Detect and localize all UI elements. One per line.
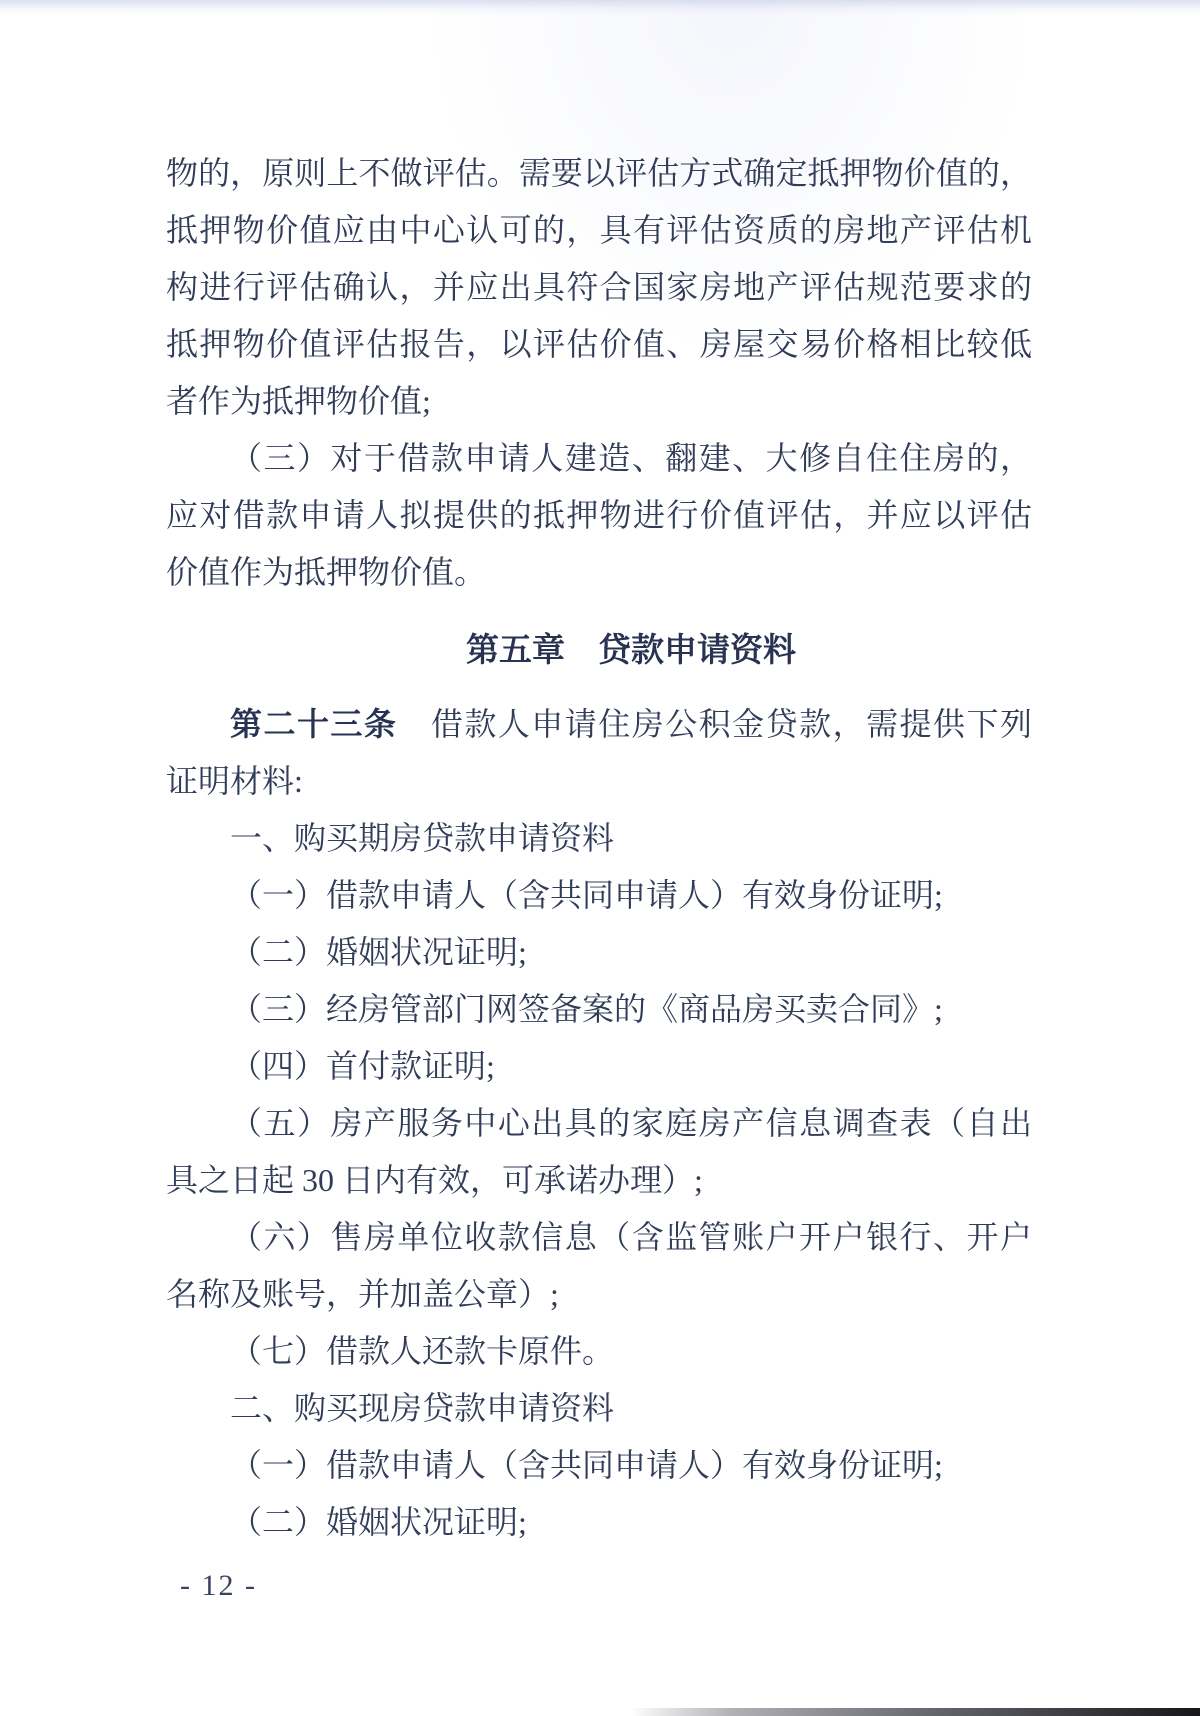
- text-line: 价值作为抵押物价值。: [166, 544, 1032, 601]
- text-segment: 物的，原则上不做评估。需要以评估方式确定抵押物价值的，: [166, 155, 1032, 191]
- text-line: （三）对于借款申请人建造、翻建、大修自住住房的，: [166, 430, 1032, 487]
- text-segment: （三）对于借款申请人建造、翻建、大修自住住房的，: [230, 440, 1032, 476]
- text-segment: 二、购买现房贷款申请资料: [230, 1390, 614, 1426]
- text-line: 具之日起 30 日内有效，可承诺办理）;: [166, 1152, 1032, 1209]
- text-line: （一）借款申请人（含共同申请人）有效身份证明;: [166, 867, 1032, 924]
- document-body: 物的，原则上不做评估。需要以评估方式确定抵押物价值的，抵押物价值应由中心认可的，…: [166, 145, 1032, 1551]
- text-line: （五）房产服务中心出具的家庭房产信息调查表（自出: [166, 1095, 1032, 1152]
- text-segment: （六）售房单位收款信息（含监管账户开户银行、开户: [230, 1219, 1032, 1255]
- text-line: 物的，原则上不做评估。需要以评估方式确定抵押物价值的，: [166, 145, 1032, 202]
- text-segment: 构进行评估确认，并应出具符合国家房地产评估规范要求的: [166, 269, 1032, 305]
- text-segment: 价值作为抵押物价值。: [166, 554, 486, 590]
- article-number-bold: 第二十三条: [230, 706, 397, 742]
- text-line: （一）借款申请人（含共同申请人）有效身份证明;: [166, 1437, 1032, 1494]
- text-segment: （二）婚姻状况证明;: [230, 934, 527, 970]
- text-line: （六）售房单位收款信息（含监管账户开户银行、开户: [166, 1209, 1032, 1266]
- text-line: 证明材料:: [166, 753, 1032, 810]
- text-segment: （二）婚姻状况证明;: [230, 1504, 527, 1540]
- text-line: 应对借款申请人拟提供的抵押物进行价值评估，并应以评估: [166, 487, 1032, 544]
- text-segment: 应对借款申请人拟提供的抵押物进行价值评估，并应以评估: [166, 497, 1032, 533]
- text-line: （二）婚姻状况证明;: [166, 924, 1032, 981]
- text-line: （四）首付款证明;: [166, 1038, 1032, 1095]
- text-segment: （三）经房管部门网签备案的《商品房买卖合同》;: [230, 991, 943, 1027]
- text-segment: 抵押物价值应由中心认可的，具有评估资质的房地产评估机: [166, 212, 1032, 248]
- text-segment: 第五章 贷款申请资料: [466, 631, 796, 668]
- text-line: 抵押物价值评估报告，以评估价值、房屋交易价格相比较低: [166, 316, 1032, 373]
- text-line: （七）借款人还款卡原件。: [166, 1323, 1032, 1380]
- text-segment: 者作为抵押物价值;: [166, 383, 431, 419]
- text-line: （二）婚姻状况证明;: [166, 1494, 1032, 1551]
- text-line: （三）经房管部门网签备案的《商品房买卖合同》;: [166, 981, 1032, 1038]
- text-segment: 证明材料:: [166, 763, 303, 799]
- text-line: 抵押物价值应由中心认可的，具有评估资质的房地产评估机: [166, 202, 1032, 259]
- text-segment: 名称及账号，并加盖公章）;: [166, 1276, 559, 1312]
- text-line: 者作为抵押物价值;: [166, 373, 1032, 430]
- text-segment: 抵押物价值评估报告，以评估价值、房屋交易价格相比较低: [166, 326, 1032, 362]
- text-line: 二、购买现房贷款申请资料: [166, 1380, 1032, 1437]
- text-segment: （四）首付款证明;: [230, 1048, 495, 1084]
- text-segment: 一、购买期房贷款申请资料: [230, 820, 614, 856]
- text-line: 一、购买期房贷款申请资料: [166, 810, 1032, 867]
- scan-noise-top: [0, 0, 1200, 16]
- scan-artifact-bottom-edge: [630, 1708, 1200, 1716]
- chapter-heading: 第五章 贷款申请资料: [198, 621, 1064, 678]
- text-segment: （五）房产服务中心出具的家庭房产信息调查表（自出: [230, 1105, 1032, 1141]
- text-line: 构进行评估确认，并应出具符合国家房地产评估规范要求的: [166, 259, 1032, 316]
- text-line: 第二十三条 借款人申请住房公积金贷款，需提供下列: [166, 696, 1032, 753]
- text-line: 名称及账号，并加盖公章）;: [166, 1266, 1032, 1323]
- document-page: 物的，原则上不做评估。需要以评估方式确定抵押物价值的，抵押物价值应由中心认可的，…: [0, 0, 1200, 1716]
- page-number: - 12 -: [180, 1566, 257, 1606]
- text-segment: （七）借款人还款卡原件。: [230, 1333, 614, 1369]
- text-segment: （一）借款申请人（含共同申请人）有效身份证明;: [230, 877, 943, 913]
- text-segment: 具之日起 30 日内有效，可承诺办理）;: [166, 1162, 703, 1198]
- text-segment: 借款人申请住房公积金贷款，需提供下列: [397, 706, 1032, 742]
- text-segment: （一）借款申请人（含共同申请人）有效身份证明;: [230, 1447, 943, 1483]
